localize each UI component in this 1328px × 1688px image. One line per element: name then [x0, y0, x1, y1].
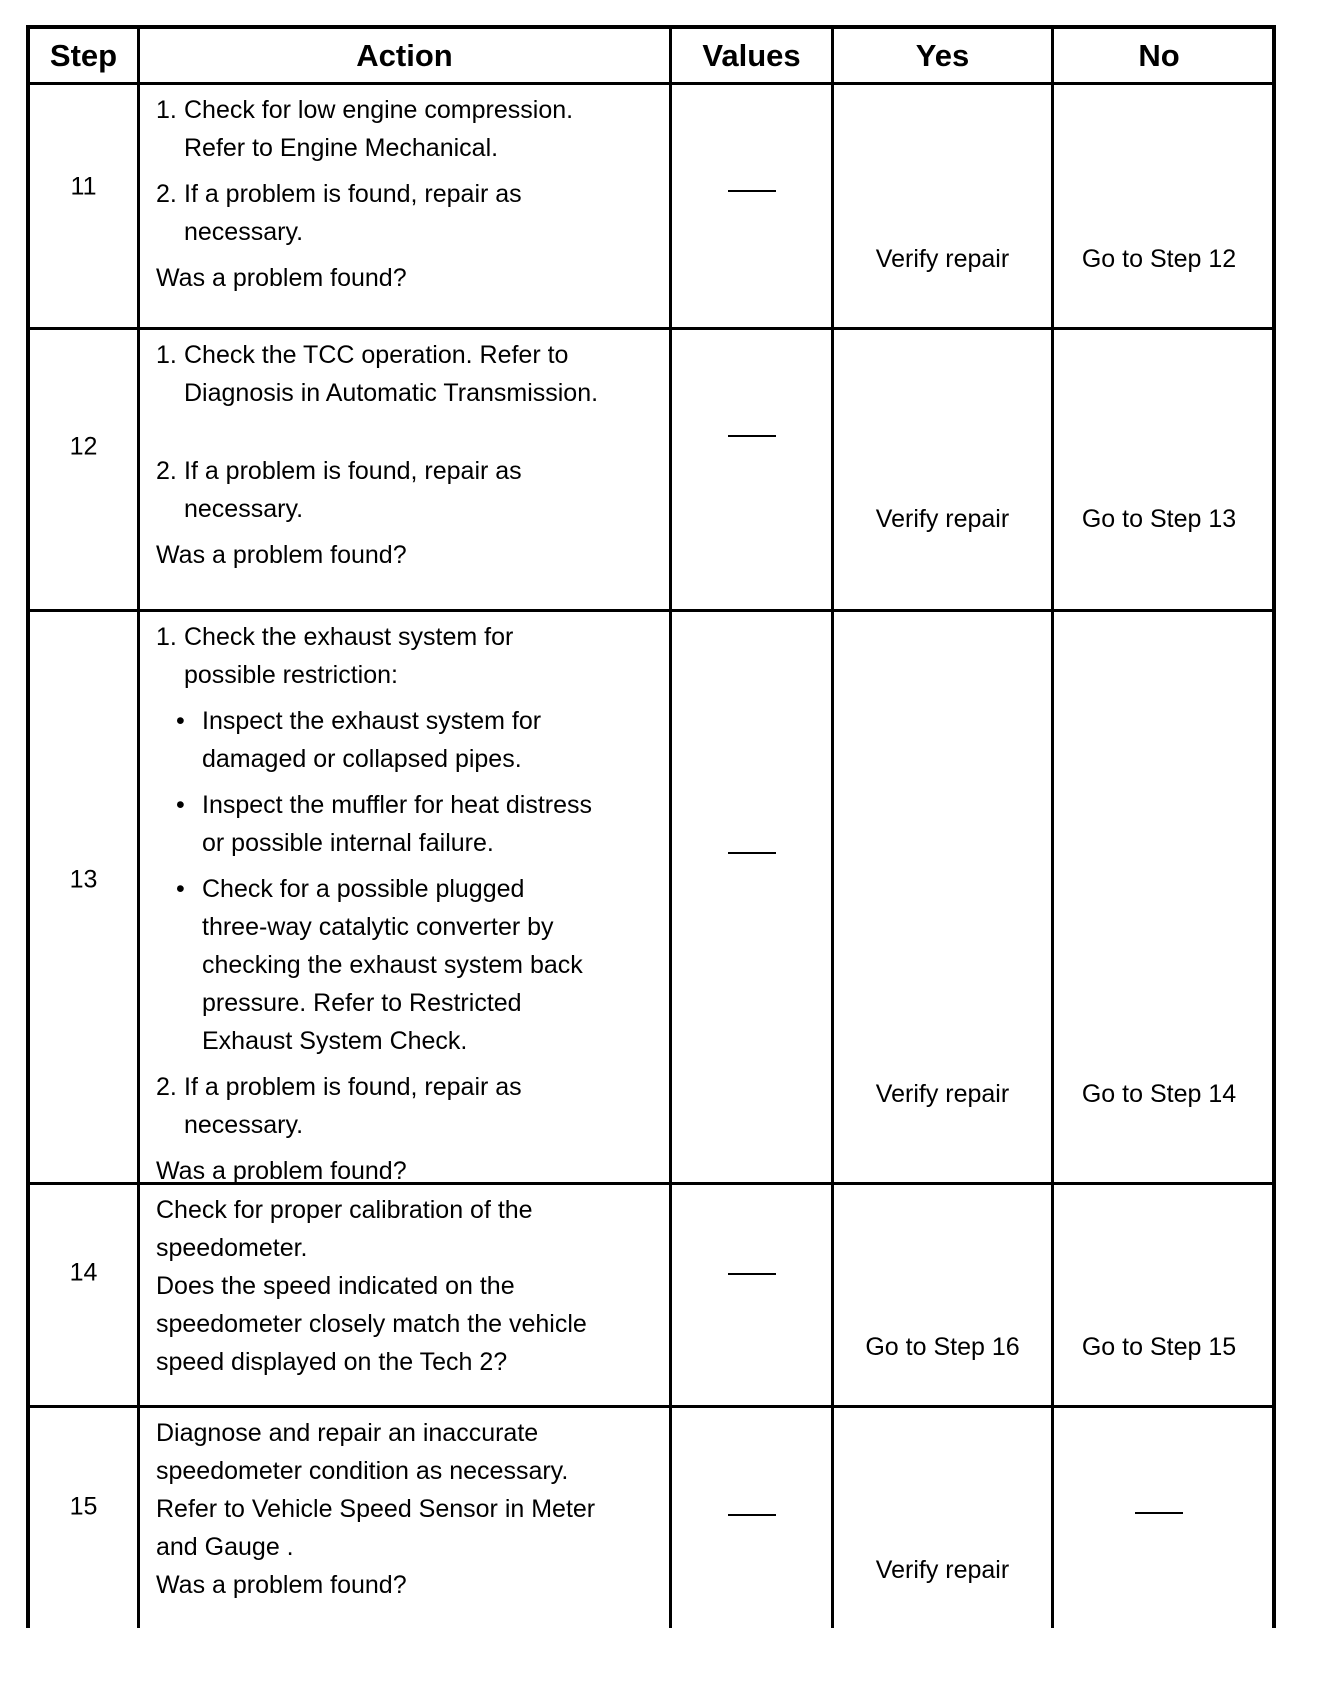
table-row-step-12: 12 1.Check the TCC operation. Refer to D… [30, 330, 1272, 612]
item-text: If a problem is found, repair as [184, 1073, 522, 1101]
step-cell: 12 [30, 330, 140, 609]
yes-cell: Go to Step 16 [834, 1185, 1054, 1405]
item-text: Check for low engine compression. [184, 96, 573, 124]
item-number: 1. [156, 336, 184, 374]
item-text: necessary. [156, 490, 659, 528]
no-outcome: Go to Step 14 [1054, 1080, 1264, 1109]
values-cell [672, 330, 834, 609]
bullet-text: Inspect the exhaust system for [202, 707, 541, 735]
action-cell: Check for proper calibration of the spee… [140, 1185, 672, 1405]
no-cell: Go to Step 14 [1054, 612, 1264, 1182]
action-cell: 1.Check for low engine compression. Refe… [140, 85, 672, 327]
action-question: Was a problem found? [156, 1566, 659, 1604]
action-item-2: 2.If a problem is found, repair as neces… [156, 1068, 659, 1144]
item-text: possible restriction: [156, 656, 659, 694]
no-cell: Go to Step 15 [1054, 1185, 1264, 1405]
empty-value-dash [728, 852, 776, 854]
action-bullet-2: •Inspect the muffler for heat distress o… [156, 786, 659, 862]
yes-outcome: Verify repair [834, 505, 1051, 534]
action-question: speedometer closely match the vehicle [156, 1305, 659, 1343]
action-text: and Gauge . [156, 1528, 659, 1566]
yes-outcome: Verify repair [834, 245, 1051, 274]
action-item-1: 1.Check for low engine compression. Refe… [156, 91, 659, 167]
bullet-text: damaged or collapsed pipes. [176, 740, 659, 778]
table-row-step-15: 15 Diagnose and repair an inaccurate spe… [30, 1408, 1272, 1628]
action-bullet-3: •Check for a possible plugged three-way … [156, 870, 659, 1060]
action-question: Does the speed indicated on the [156, 1267, 659, 1305]
bullet-icon: • [176, 702, 202, 740]
step-cell: 11 [30, 85, 140, 327]
item-text: Diagnosis in Automatic Transmission. [156, 374, 659, 412]
item-number: 1. [156, 91, 184, 129]
header-yes: Yes [834, 29, 1054, 82]
no-cell: Go to Step 13 [1054, 330, 1264, 609]
item-text: necessary. [156, 213, 659, 251]
empty-value-dash [728, 190, 776, 192]
bullet-text: Exhaust System Check. [176, 1022, 659, 1060]
item-text: Refer to Engine Mechanical. [156, 129, 659, 167]
action-question: Was a problem found? [156, 536, 659, 574]
values-cell [672, 612, 834, 1182]
bullet-text: checking the exhaust system back [176, 946, 659, 984]
yes-outcome: Go to Step 16 [834, 1333, 1051, 1362]
header-action: Action [140, 29, 672, 82]
action-item-2: 2.If a problem is found, repair as neces… [156, 452, 659, 528]
item-number: 2. [156, 1068, 184, 1106]
step-cell: 13 [30, 612, 140, 1182]
table-row-step-14: 14 Check for proper calibration of the s… [30, 1185, 1272, 1408]
action-cell: 1.Check the TCC operation. Refer to Diag… [140, 330, 672, 609]
empty-outcome-dash [1135, 1512, 1183, 1514]
item-number: 1. [156, 618, 184, 656]
action-bullet-1: •Inspect the exhaust system for damaged … [156, 702, 659, 778]
action-text: speedometer. [156, 1229, 659, 1267]
action-item-2: 2.If a problem is found, repair as neces… [156, 175, 659, 251]
action-text: speedometer condition as necessary. [156, 1452, 659, 1490]
item-text: necessary. [156, 1106, 659, 1144]
no-outcome: Go to Step 12 [1054, 245, 1264, 274]
header-values: Values [672, 29, 834, 82]
header-step: Step [30, 29, 140, 82]
action-item-1: 1.Check the exhaust system for possible … [156, 618, 659, 694]
step-number: 11 [30, 172, 137, 201]
bullet-text: Inspect the muffler for heat distress [202, 791, 592, 819]
empty-value-dash [728, 1514, 776, 1516]
no-cell: Go to Step 12 [1054, 85, 1264, 327]
item-text: If a problem is found, repair as [184, 180, 522, 208]
bullet-text: three-way catalytic converter by [176, 908, 659, 946]
diagnostic-table: Step Action Values Yes No 11 1.Check for… [26, 25, 1276, 1628]
no-outcome: Go to Step 13 [1054, 505, 1264, 534]
action-cell: 1.Check the exhaust system for possible … [140, 612, 672, 1182]
step-cell: 14 [30, 1185, 140, 1405]
table-header-row: Step Action Values Yes No [30, 29, 1272, 85]
no-cell [1054, 1408, 1264, 1628]
step-number: 13 [30, 865, 137, 894]
header-no: No [1054, 29, 1264, 82]
yes-cell: Verify repair [834, 330, 1054, 609]
action-text: Refer to Vehicle Speed Sensor in Meter [156, 1490, 659, 1528]
table-row-step-13: 13 1.Check the exhaust system for possib… [30, 612, 1272, 1185]
action-cell: Diagnose and repair an inaccurate speedo… [140, 1408, 672, 1628]
bullet-text: Check for a possible plugged [202, 875, 524, 903]
yes-cell: Verify repair [834, 85, 1054, 327]
bullet-text: or possible internal failure. [176, 824, 659, 862]
values-cell [672, 1408, 834, 1628]
item-text: If a problem is found, repair as [184, 457, 522, 485]
step-cell: 15 [30, 1408, 140, 1628]
action-text: Diagnose and repair an inaccurate [156, 1414, 659, 1452]
bullet-text: pressure. Refer to Restricted [176, 984, 659, 1022]
bullet-icon: • [176, 870, 202, 908]
no-outcome: Go to Step 15 [1054, 1333, 1264, 1362]
action-item-1: 1.Check the TCC operation. Refer to Diag… [156, 336, 659, 412]
empty-value-dash [728, 435, 776, 437]
yes-cell: Verify repair [834, 1408, 1054, 1628]
yes-cell: Verify repair [834, 612, 1054, 1182]
yes-outcome: Verify repair [834, 1080, 1051, 1109]
bullet-icon: • [176, 786, 202, 824]
step-number: 12 [30, 433, 137, 462]
item-text: Check the exhaust system for [184, 623, 513, 651]
yes-outcome: Verify repair [834, 1556, 1051, 1585]
step-number: 15 [30, 1493, 137, 1522]
action-text: Check for proper calibration of the [156, 1191, 659, 1229]
step-number: 14 [30, 1259, 137, 1288]
item-number: 2. [156, 175, 184, 213]
table-row-step-11: 11 1.Check for low engine compression. R… [30, 85, 1272, 330]
values-cell [672, 1185, 834, 1405]
action-question: speed displayed on the Tech 2? [156, 1343, 659, 1381]
item-text: Check the TCC operation. Refer to [184, 341, 568, 369]
action-question: Was a problem found? [156, 259, 659, 297]
empty-value-dash [728, 1273, 776, 1275]
item-number: 2. [156, 452, 184, 490]
values-cell [672, 85, 834, 327]
